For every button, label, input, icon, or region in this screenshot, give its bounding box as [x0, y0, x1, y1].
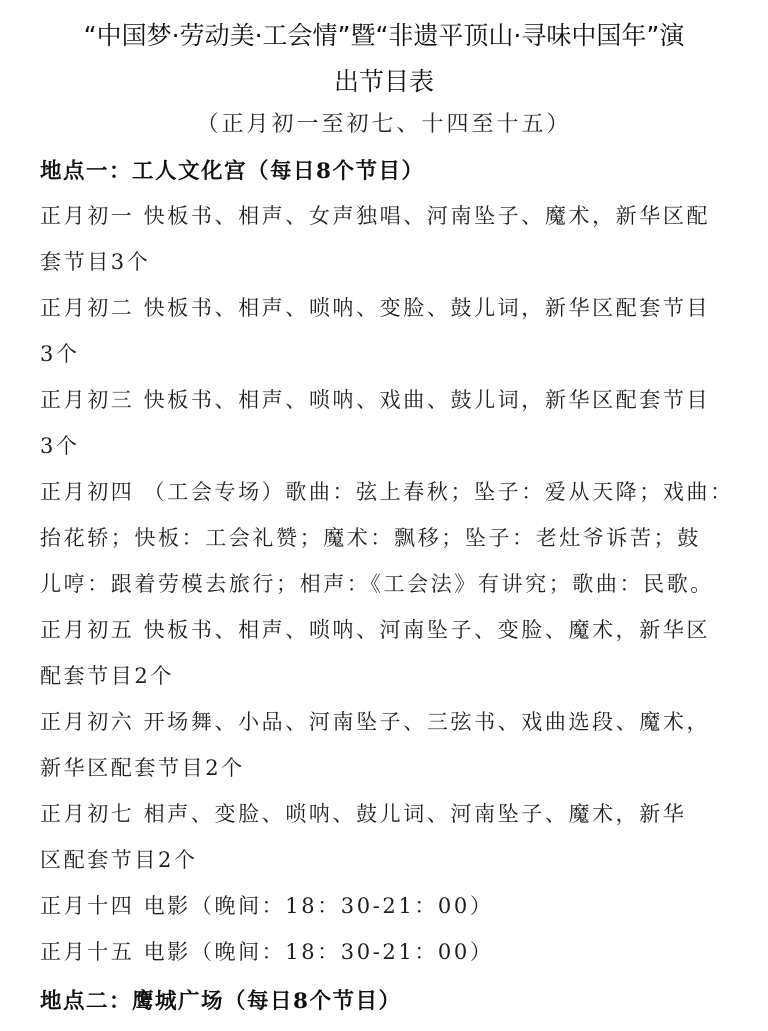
schedule-line: 儿哼：跟着劳模去旅行；相声：《工会法》有讲究；歌曲：民歌。: [40, 568, 714, 598]
schedule-line: 配套节目2个: [40, 660, 174, 690]
schedule-line: 正月十四 电影（晚间：18：30-21：00）: [40, 890, 493, 920]
schedule-line: 新华区配套节目2个: [40, 752, 245, 782]
document-title-line1: “中国梦·劳动美·工会情”暨“非遗平顶山·寻味中国年”演: [0, 16, 768, 52]
venue-heading-1: 地点一：工人文化宫（每日8个节目）: [40, 154, 424, 185]
schedule-line: 正月十五 电影（晚间：18：30-21：00）: [40, 936, 493, 966]
schedule-line: 套节目3个: [40, 246, 150, 276]
schedule-line: 正月初五 快板书、相声、唢呐、河南坠子、变脸、魔术，新华区: [40, 614, 710, 644]
venue-heading-2: 地点二：鹰城广场（每日8个节目）: [40, 984, 401, 1015]
schedule-line: 正月初六 开场舞、小品、河南坠子、三弦书、戏曲选段、魔术，: [40, 706, 710, 736]
schedule-line: 正月初七 相声、变脸、唢呐、鼓儿词、河南坠子、魔术，新华: [40, 798, 686, 828]
schedule-line: 区配套节目2个: [40, 844, 198, 874]
schedule-line: 正月初三 快板书、相声、唢呐、戏曲、鼓儿词，新华区配套节目: [40, 384, 710, 414]
document-subtitle: （正月初一至初七、十四至十五）: [0, 107, 768, 138]
schedule-line: 正月初二 快板书、相声、唢呐、变脸、鼓儿词，新华区配套节目: [40, 292, 710, 322]
document-page: “中国梦·劳动美·工会情”暨“非遗平顶山·寻味中国年”演 出节目表 （正月初一至…: [0, 0, 768, 1031]
schedule-line: 3个: [40, 338, 80, 368]
schedule-line: 抬花轿；快板：工会礼赞；魔术：飘移；坠子：老灶爷诉苦；鼓: [40, 522, 701, 552]
schedule-line: 正月初一 快板书、相声、女声独唱、河南坠子、魔术，新华区配: [40, 200, 710, 230]
schedule-line: 正月初四 （工会专场）歌曲：弦上春秋；坠子：爱从天降；戏曲：: [40, 476, 734, 506]
schedule-line: 3个: [40, 430, 80, 460]
document-title-line2: 出节目表: [0, 62, 768, 98]
